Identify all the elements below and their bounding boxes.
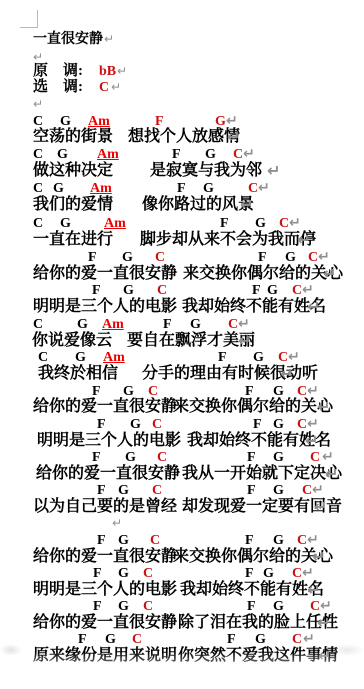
- chord-token: F: [93, 565, 102, 582]
- chord-token: C: [310, 449, 320, 466]
- pilcrow-icon: ↵: [240, 196, 253, 213]
- chord-token: C: [33, 215, 43, 232]
- key-info-line: 选 调:C↵: [0, 79, 364, 97]
- chord-token: F: [78, 631, 87, 648]
- lyric-segment: 脚步却从来不会为我而停: [140, 231, 316, 248]
- lyric-segment: 来交换你偶尔给的关心: [173, 398, 333, 415]
- lyric-line: 明明是三个人的电影我却始终不能有姓名↵: [0, 298, 364, 316]
- chord-token: Am: [90, 180, 112, 197]
- chord-token: G: [205, 146, 216, 163]
- lyric-segment: 原来缘份是用来说明: [33, 647, 177, 664]
- chord-token: G: [273, 449, 284, 466]
- lyric-segment: 我却始终不能有姓名: [182, 298, 326, 315]
- pilcrow-icon: ↵: [307, 581, 320, 598]
- chord-token: C: [228, 316, 238, 333]
- chord-token: C: [33, 180, 43, 197]
- lyric-segment: 以为自己要的是曾经: [33, 498, 177, 515]
- pilcrow-icon: ↵: [317, 398, 330, 415]
- chord-token: Am: [97, 146, 119, 163]
- chord-token: F: [163, 316, 172, 333]
- pilcrow-icon: ↵: [307, 298, 320, 315]
- chord-token: G: [273, 532, 284, 549]
- lyric-line: 给你的爱一直很安静来交换你偶尔给的关心↵: [0, 265, 364, 283]
- chord-token: G: [203, 180, 214, 197]
- lyric-segment: 我却始终不能有姓名: [180, 581, 324, 598]
- pilcrow-icon: ↵: [227, 128, 240, 145]
- chord-token: G: [77, 316, 88, 333]
- pilcrow-icon: ↵: [318, 647, 331, 664]
- chord-token: C: [292, 631, 302, 648]
- chord-token: G: [118, 598, 129, 615]
- chord-token: F: [245, 565, 254, 582]
- chord-token: G: [273, 416, 284, 433]
- pilcrow-icon: ↵: [243, 146, 255, 163]
- chord-token: G: [75, 349, 86, 366]
- lyric-line: 我终於相信分手的理由有时候很动听↵: [0, 365, 364, 383]
- lyric-segment: 我们的爱情: [33, 196, 113, 213]
- chord-token: G: [53, 180, 64, 197]
- pilcrow-icon: ↵: [312, 548, 325, 565]
- blank-line: ↵: [0, 515, 364, 533]
- lyric-line: 给你的爱一直很安静来交换你偶尔给的关心↵: [0, 548, 364, 566]
- lyric-segment: 你突然不爱我这件事情: [178, 647, 338, 664]
- chord-token: Am: [103, 349, 125, 366]
- chord-token: Am: [104, 215, 126, 232]
- chord-token: F: [92, 282, 101, 299]
- chord-token: F: [177, 180, 186, 197]
- title-line: 一直很安静↵: [0, 31, 364, 49]
- chord-token: C: [143, 565, 153, 582]
- chord-token: Am: [102, 316, 124, 333]
- chord-token: F: [247, 482, 256, 499]
- lyric-segment: 像你路过的风景: [142, 196, 254, 213]
- chord-token: F: [218, 349, 227, 366]
- pilcrow-icon: ↵: [317, 614, 330, 631]
- document-page[interactable]: 一直很安静↵↵原 调:bB↵选 调:C↵↵CGAmFG↵空荡的街景想找个人放感情…: [0, 0, 364, 689]
- chord-token: C: [150, 532, 160, 549]
- chord-token: F: [97, 532, 106, 549]
- chord-token: F: [220, 215, 229, 232]
- lyric-segment: 我从一开始就下定决心: [182, 465, 342, 482]
- chord-token: C: [33, 146, 43, 163]
- lyric-segment: 要自在飘浮才美丽: [127, 332, 255, 349]
- chord-token: G: [118, 565, 129, 582]
- chord-token: C: [155, 249, 165, 266]
- pilcrow-icon: ↵: [267, 162, 280, 179]
- lyric-segment: 明明是三个人的电影: [37, 432, 181, 449]
- chord-token: F: [97, 482, 106, 499]
- pilcrow-icon: ↵: [258, 180, 270, 197]
- pilcrow-icon: ↵: [33, 96, 43, 113]
- pilcrow-icon: ↵: [280, 365, 293, 382]
- chord-token: G: [123, 282, 134, 299]
- pilcrow-icon: ↵: [323, 265, 336, 282]
- chord-token: C: [157, 282, 167, 299]
- lyric-line: 明明是三个人的电影我却始终不能有姓名↵: [0, 581, 364, 599]
- blank-line: ↵: [0, 96, 364, 114]
- chord-token: F: [253, 416, 262, 433]
- lyric-line: 我们的爱情像你路过的风景↵: [0, 196, 364, 214]
- chord-token: F: [245, 532, 254, 549]
- chord-token: C: [308, 249, 318, 266]
- lyric-segment: 给你的爱一直很安静: [36, 465, 180, 482]
- chord-token: F: [227, 631, 236, 648]
- chord-token: C: [157, 449, 167, 466]
- chord-token: F: [258, 249, 267, 266]
- lyric-line: 空荡的街景想找个人放感情↵: [0, 128, 364, 146]
- lyric-segment: 来交换你偶尔给的关心: [173, 548, 333, 565]
- chord-token: G: [263, 565, 274, 582]
- chord-token: C: [279, 215, 289, 232]
- chord-token: C: [143, 598, 153, 615]
- lyric-line: 给你的爱一直很安静来交换你偶尔给的关心↵: [0, 398, 364, 416]
- lyric-line: 明明是三个人的电影我却始终不能有姓名↵: [0, 432, 364, 450]
- pilcrow-icon: ↵: [297, 231, 310, 248]
- lyric-line: 你说爱像云要自在飘浮才美丽↵: [0, 332, 364, 350]
- chord-token: C: [132, 631, 142, 648]
- lyric-segment: 给你的爱一直很安静: [33, 398, 177, 415]
- pilcrow-icon: ↵: [117, 63, 127, 80]
- chord-token: C: [33, 316, 43, 333]
- lyric-segment: 除了泪在我的脸上任性: [178, 614, 338, 631]
- chord-token: C: [302, 482, 312, 499]
- chord-token: C: [152, 416, 162, 433]
- chord-token: G: [125, 449, 136, 466]
- chord-token: G: [105, 631, 116, 648]
- pilcrow-icon: ↵: [104, 31, 114, 48]
- chord-token: F: [247, 449, 256, 466]
- lyric-segment: 做这种决定: [33, 162, 113, 179]
- original-key-value: bB: [99, 63, 116, 80]
- lyric-segment: 明明是三个人的电影: [33, 298, 177, 315]
- chord-token: F: [172, 146, 181, 163]
- lyric-line: 给你的爱一直很安静我从一开始就下定决心↵: [0, 465, 364, 483]
- chord-token: C: [292, 565, 302, 582]
- chord-token: F: [97, 416, 106, 433]
- pilcrow-icon: ↵: [325, 465, 338, 482]
- pilcrow-icon: ↵: [303, 631, 315, 648]
- chord-token: G: [60, 215, 71, 232]
- lyric-segment: 你说爱像云: [32, 332, 112, 349]
- chord-token: C: [152, 482, 162, 499]
- lyric-segment: 给你的爱一直很安静: [33, 548, 177, 565]
- lyric-segment: 明明是三个人的电影: [33, 581, 177, 598]
- chord-token: F: [92, 449, 101, 466]
- chord-token: G: [273, 482, 284, 499]
- chord-token: G: [118, 482, 129, 499]
- chord-token: F: [93, 598, 102, 615]
- chord-token: G: [190, 316, 201, 333]
- lyric-segment: 给你的爱一直很安静: [33, 265, 177, 282]
- chord-token: G: [285, 249, 296, 266]
- lyric-line: 做这种决定是寂寞与我为邻↵: [0, 162, 364, 180]
- lyric-segment: 给你的爱一直很安静: [33, 614, 177, 631]
- lyric-segment: 是寂寞与我为邻: [150, 162, 262, 179]
- lyric-segment: 来交换你偶尔给的关心: [183, 265, 343, 282]
- chord-token: F: [252, 282, 261, 299]
- chord-token: G: [255, 215, 266, 232]
- lyric-segment: 一直在进行: [33, 231, 113, 248]
- pilcrow-icon: ↵: [305, 432, 318, 449]
- chord-token: G: [122, 249, 133, 266]
- chord-token: G: [57, 146, 68, 163]
- original-key-label: 原 调:: [33, 63, 83, 80]
- selected-key-label: 选 调:: [33, 79, 83, 96]
- pilcrow-icon: ↵: [111, 79, 121, 96]
- chord-token: C: [38, 349, 48, 366]
- chord-token: C: [292, 282, 302, 299]
- selected-key-value: C: [99, 79, 109, 96]
- chord-token: F: [247, 598, 256, 615]
- pilcrow-icon: ↵: [314, 498, 327, 515]
- lyric-segment: 我终於相信: [38, 365, 118, 382]
- chord-token: G: [273, 598, 284, 615]
- lyric-line: 以为自己要的是曾经却发现爱一定要有回音↵: [0, 498, 364, 516]
- lyric-segment: 空荡的街景: [33, 128, 113, 145]
- chord-token: C: [297, 532, 307, 549]
- chord-token: C: [233, 146, 243, 163]
- chord-token: G: [130, 416, 141, 433]
- chord-token: G: [267, 282, 278, 299]
- chord-token: G: [253, 349, 264, 366]
- page-margin-corner-mark: [20, 10, 38, 28]
- pilcrow-icon: ↵: [112, 515, 122, 532]
- chord-token: G: [118, 532, 129, 549]
- pilcrow-icon: ↵: [238, 332, 251, 349]
- lyric-segment: 想找个人放感情: [128, 128, 240, 145]
- song-title: 一直很安静: [33, 31, 103, 48]
- lyric-line: 给你的爱一直很安静除了泪在我的脸上任性↵: [0, 614, 364, 632]
- chord-token: F: [88, 249, 97, 266]
- lyric-line: 一直在进行脚步却从来不会为我而停↵: [0, 231, 364, 249]
- chord-token: G: [255, 631, 266, 648]
- lyric-line: 原来缘份是用来说明你突然不爱我这件事情↵: [0, 647, 364, 665]
